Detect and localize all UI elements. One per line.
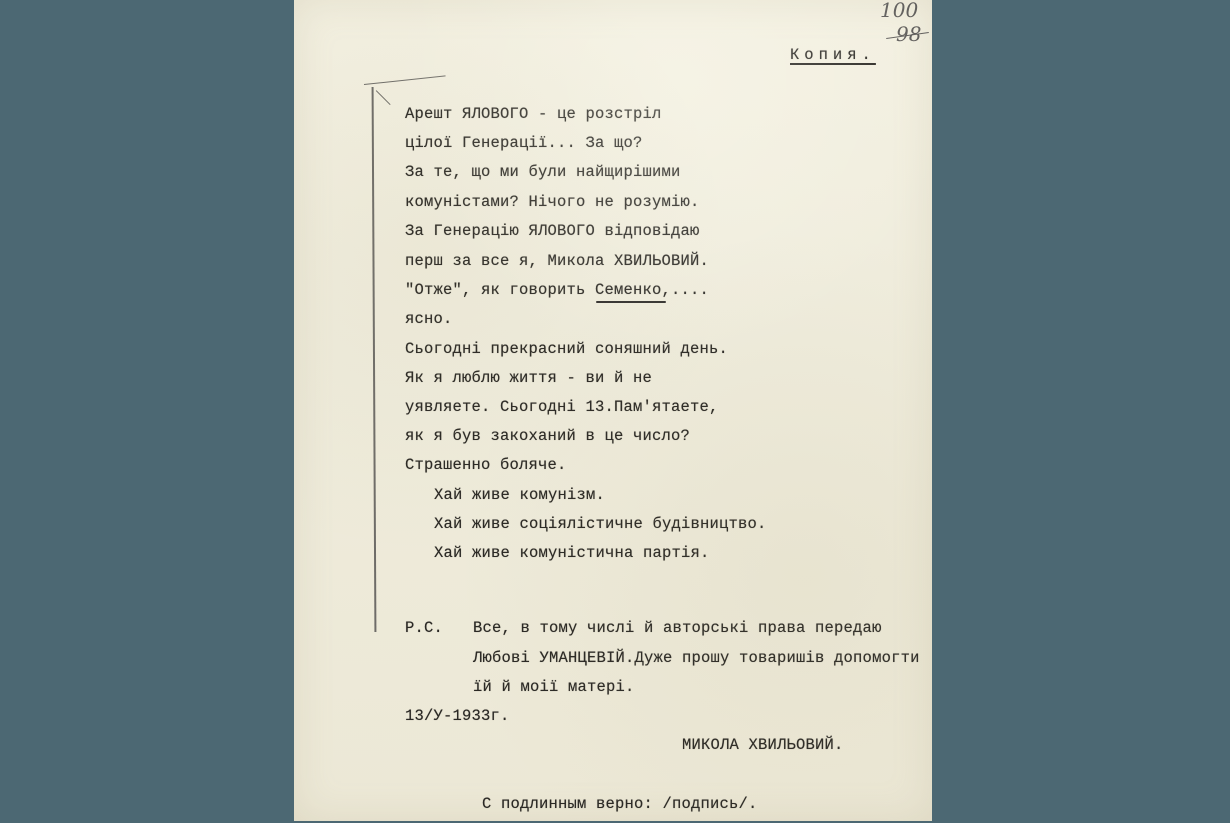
pencil-bracket-tick [376,90,391,105]
postscript-line: Все, в тому числі й авторські права пере… [473,621,882,637]
semenko-underline [596,301,666,303]
slogan-line: Хай живе комуністична партія. [434,546,710,562]
body-line: цілої Генерації... За що? [405,136,643,152]
body-line: як я був закоханий в це число? [405,429,690,445]
copy-header: Копия. [790,48,876,64]
body-line: комуністами? Нічого не розумію. [405,195,700,211]
postscript-line: їй й моії матері. [473,680,635,696]
body-line: перш за все я, Микола ХВИЛЬОВИЙ. [405,254,709,270]
archive-number-struck: 98 [896,24,921,44]
body-line: Як я люблю життя - ви й не [405,371,652,387]
slogan-line: Хай живе соціялістичне будівництво. [434,517,767,533]
body-line: За те, що ми були найщирішими [405,165,681,181]
body-line: ясно. [405,312,453,328]
body-line: Арешт ЯЛОВОГО - це розстріл [405,107,662,123]
scanned-page: 100 98 Копия. Арешт ЯЛОВОГО - це розстрі… [294,0,932,821]
body-line: За Генерацію ЯЛОВОГО відповідаю [405,224,700,240]
slogan-line: Хай живе комунізм. [434,488,605,504]
postscript-label: P.C. [405,621,443,637]
body-line: Сьогодні прекрасний соняшний день. [405,342,728,358]
document-date: 13/У-1933г. [405,709,510,725]
body-line: Страшенно боляче. [405,458,567,474]
signature-name: МИКОЛА ХВИЛЬОВИЙ. [682,738,844,754]
body-line: "Отже", як говорить Семенко,.... [405,283,709,299]
certification-line: С подлинным верно: /подпись/. [482,797,758,813]
pencil-margin-bracket [372,87,376,632]
document-viewer: 100 98 Копия. Арешт ЯЛОВОГО - це розстрі… [0,0,1230,823]
postscript-line: Любові УМАНЦЕВІЙ.Дуже прошу товаришів до… [473,651,920,667]
body-line: уявляете. Сьогодні 13.Пам'ятаете, [405,400,719,416]
pencil-bracket-top [364,75,446,85]
archive-number-top: 100 [880,0,918,20]
